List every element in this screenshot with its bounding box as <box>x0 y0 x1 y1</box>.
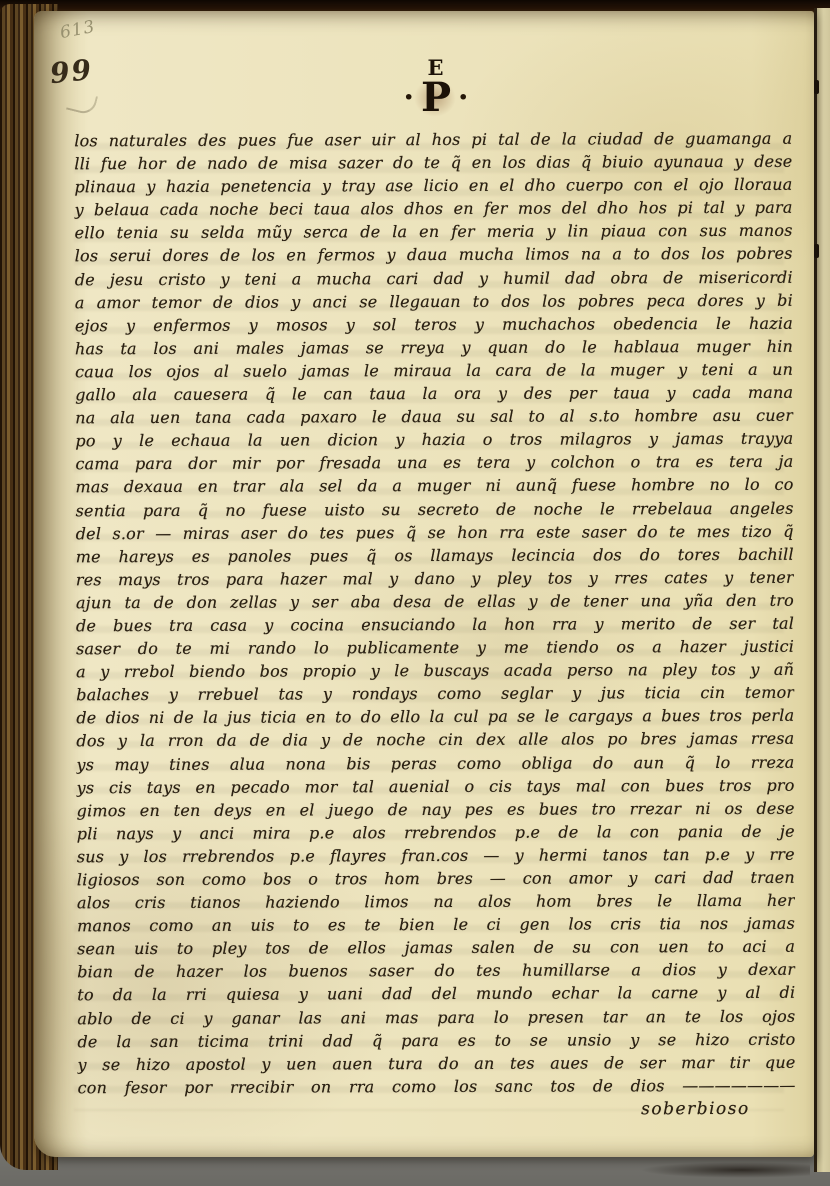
manuscript-line: lli fue hor de nado de misa sazer do te … <box>74 150 792 176</box>
manuscript-line: has ta los ani males jamas se rreya y qu… <box>75 335 793 361</box>
manuscript-line: sean uis to pley tos de ellos jamas sale… <box>77 935 795 961</box>
folio-number-ink: 99 <box>48 53 94 90</box>
right-dot: · <box>458 93 468 103</box>
manuscript-line: sus y los rrebrendos p.e flayres fran.co… <box>77 843 795 869</box>
manuscript-line: ello tenia su selda mũy serca de la en f… <box>75 219 793 245</box>
manuscript-line: pli nays y anci mira p.e alos rrebrendos… <box>77 820 795 846</box>
table-shadow-smudge <box>640 1162 810 1178</box>
manuscript-line: y se hizo apostol y uen auen tura do an … <box>77 1050 795 1076</box>
catchword-row: soberbioso <box>78 1099 796 1122</box>
page-edge-nick <box>814 244 819 258</box>
manuscript-line: me hareys es panoles pues q̃ os llamays … <box>76 542 794 568</box>
manuscript-line: alos cris tianos haziendo limos na alos … <box>77 889 795 915</box>
manuscript-line: de dios ni de la jus ticia en to do ello… <box>76 704 794 730</box>
manuscript-line: to da la rri quiesa y uani dad del mundo… <box>77 981 795 1007</box>
manuscript-line: a amor temor de dios y anci se llegauan … <box>75 288 793 314</box>
folio-number-pencil: 613 <box>58 17 97 43</box>
manuscript-line: dos y la rron da de dia y de noche cin d… <box>76 727 794 753</box>
manuscript-line: na ala uen tana cada paxaro le daua su s… <box>75 404 793 430</box>
manuscript-line: del s.or — miras aser do tes pues q̃ se … <box>76 519 794 545</box>
manuscript-line: cama para dor mir por fresada una es ter… <box>75 450 793 476</box>
manuscript-line: de jesu cristo y teni a mucha cari dad y… <box>75 265 793 291</box>
manuscript-photo: 613 99 E · P · los naturales des pues fu… <box>0 0 830 1186</box>
manuscript-line: caua los ojos al suelo jamas le miraua l… <box>75 358 793 384</box>
manuscript-line: ligiosos son como bos o tros hom bres — … <box>77 866 795 892</box>
page-edge-right <box>814 8 830 1172</box>
manuscript-line: gimos en ten deys en el juego de nay pes… <box>77 796 795 822</box>
manuscript-line: plinaua y hazia penetencia y tray ase li… <box>74 173 792 199</box>
page-edge-nick <box>814 80 819 94</box>
manuscript-line: ejos y enfermos y mosos y sol teros y mu… <box>75 311 793 337</box>
manuscript-line: sentia para q̃ no fuese uisto su secreto… <box>76 496 794 522</box>
manuscript-line: de bues tra casa y cocina ensuciando la … <box>76 612 794 638</box>
manuscript-line: po y le echaua la uen dicion y hazia o t… <box>75 427 793 453</box>
manuscript-line: res mays tros para hazer mal y dano y pl… <box>76 566 794 592</box>
manuscript-line: ys cis tays en pecado mor tal auenial o … <box>77 773 795 799</box>
manuscript-line: bian de hazer los buenos saser do tes hu… <box>77 958 795 984</box>
section-mark-letter-p: P <box>421 77 451 119</box>
manuscript-line: con fesor por rrecibir on rra como los s… <box>78 1074 796 1100</box>
section-mark-p-row: · P · <box>396 77 476 119</box>
manuscript-line: saser do te mi rando lo publicamente y m… <box>76 635 794 661</box>
manuscript-line: ys may tines alua nona bis peras como ob… <box>76 750 794 776</box>
manuscript-line: de la san ticima trini dad q̃ para es to… <box>77 1027 795 1053</box>
manuscript-page: 613 99 E · P · los naturales des pues fu… <box>34 11 814 1157</box>
manuscript-line: los serui dores de los en fermos y daua … <box>75 242 793 268</box>
manuscript-line: ajun ta de don zellas y ser aba desa de … <box>76 589 794 615</box>
section-mark: E · P · <box>396 57 476 119</box>
manuscript-line: ablo de ci y ganar las ani mas para lo p… <box>77 1004 795 1030</box>
catchword: soberbioso <box>641 1099 750 1119</box>
manuscript-line: manos como an uis to es te bien le ci ge… <box>77 912 795 938</box>
manuscript-line: balaches y rrebuel tas y rondays como se… <box>76 681 794 707</box>
manuscript-line: y belaua cada noche beci taua alos dhos … <box>75 196 793 222</box>
manuscript-line: mas dexaua en trar ala sel da a muger ni… <box>75 473 793 499</box>
manuscript-line: los naturales des pues fue aser uir al h… <box>74 127 792 153</box>
left-dot: · <box>404 93 414 103</box>
ghost-squiggle <box>66 90 98 116</box>
manuscript-line: gallo ala cauesera q̃ le can taua la ora… <box>75 381 793 407</box>
manuscript-text-block: los naturales des pues fue aser uir al h… <box>74 127 795 1121</box>
manuscript-line: a y rrebol biendo bos propio y le buscay… <box>76 658 794 684</box>
